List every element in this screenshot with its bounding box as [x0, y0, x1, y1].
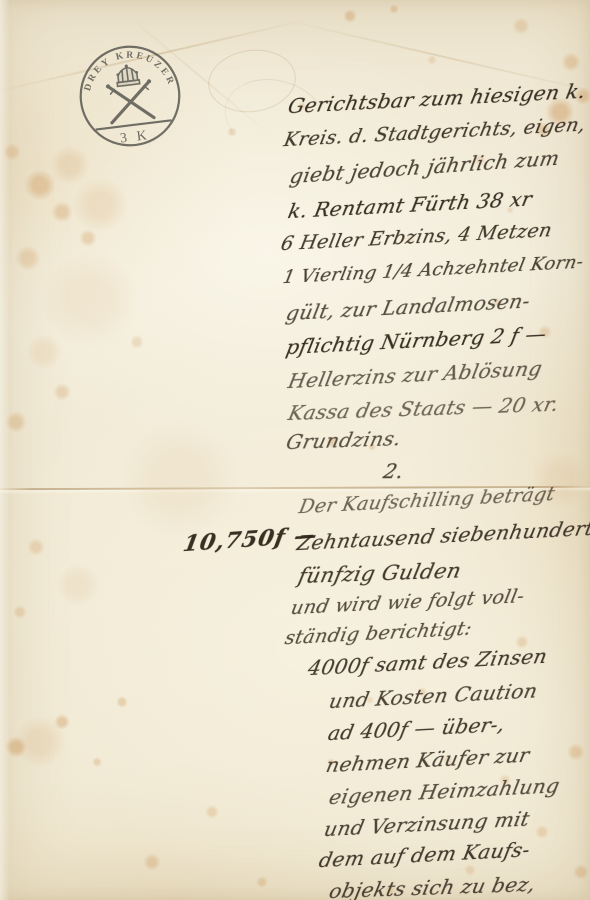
paper-edge-highlight: [0, 0, 10, 900]
handwriting-line: Grundzins.: [284, 426, 404, 454]
crown-icon: [115, 63, 140, 86]
drey-kreuzer-revenue-stamp: DREY KREUZER 3 K: [71, 37, 189, 155]
